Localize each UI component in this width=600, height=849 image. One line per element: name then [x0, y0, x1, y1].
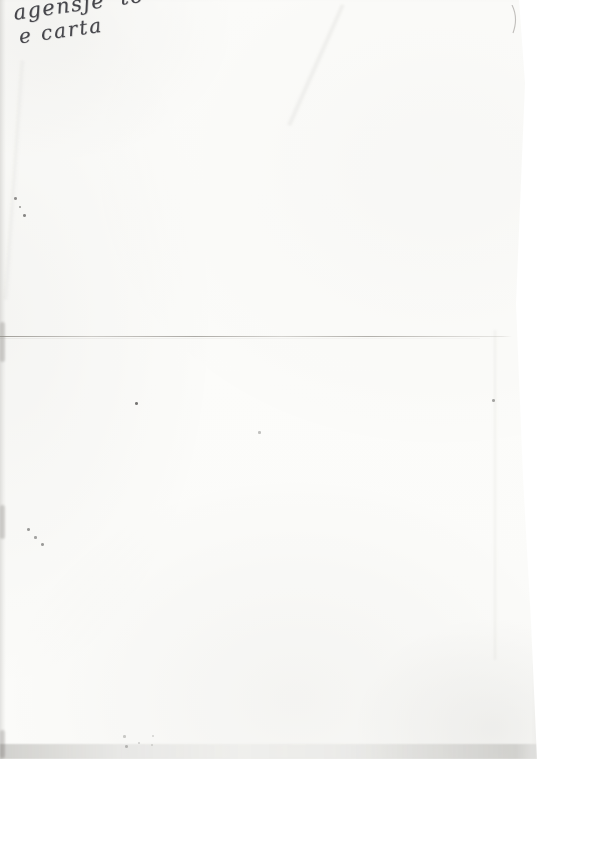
ink-speck [151, 744, 153, 746]
ink-speck [492, 399, 495, 402]
ink-speck [41, 543, 44, 546]
ink-speck [135, 402, 138, 405]
edge-smudge-blob [0, 322, 5, 362]
paper-crease-right [488, 330, 502, 660]
ruled-line [0, 336, 512, 337]
paper-sheet: agensje' to e carta [0, 0, 537, 759]
ink-speck [19, 206, 21, 208]
paper-crease-top [271, 0, 361, 135]
scan-background: agensje' to e carta [0, 0, 600, 849]
ink-speck [34, 536, 37, 539]
ink-speck [125, 745, 128, 748]
ink-speck [152, 735, 154, 737]
ink-speck [123, 735, 126, 738]
paper-bottom-edge [0, 744, 537, 759]
ink-speck [258, 431, 261, 434]
paper-left-edge-smudge [0, 0, 6, 759]
ink-speck [14, 197, 17, 200]
paper-fold-mark [508, 5, 520, 35]
handwriting-note: agensje' to e carta [12, 0, 149, 48]
ruled-line-shadow [0, 338, 480, 339]
ink-speck [138, 742, 140, 744]
ink-speck [23, 214, 26, 217]
ink-speck [27, 528, 30, 531]
edge-smudge-blob [0, 505, 5, 539]
